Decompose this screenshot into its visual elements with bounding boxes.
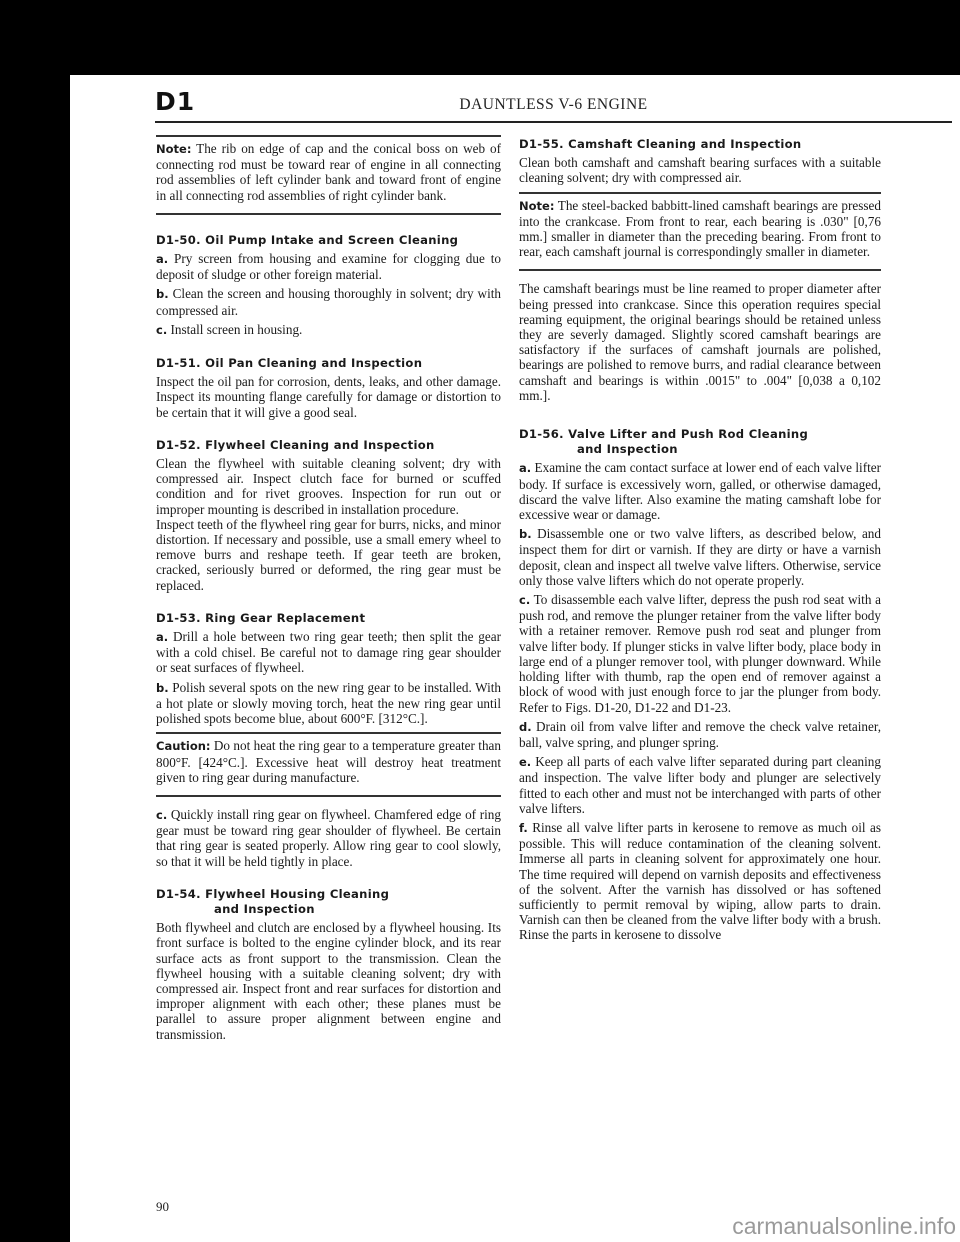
note-paragraph: Note: The steel-backed babbitt-lined cam…	[519, 198, 881, 260]
step-f: f. Rinse all valve lifter parts in keros…	[519, 820, 881, 943]
page-number: 90	[156, 1199, 169, 1215]
paragraph: Both flywheel and clutch are enclosed by…	[156, 920, 501, 1042]
step-a: a. Pry screen from housing and examine f…	[156, 251, 501, 282]
step-c: c. Quickly install ring gear on flywheel…	[156, 807, 501, 869]
section-heading: D1-50. Oil Pump Intake and Screen Cleani…	[156, 233, 501, 248]
step-c: c. Install screen in housing.	[156, 322, 501, 338]
section-heading: D1-51. Oil Pan Cleaning and Inspection	[156, 356, 501, 371]
paragraph: Inspect the oil pan for corrosion, dents…	[156, 374, 501, 420]
page-title: DAUNTLESS V-6 ENGINE	[155, 96, 952, 114]
step-d: d. Drain oil from valve lifter and remov…	[519, 719, 881, 750]
section-heading: D1-53. Ring Gear Replacement	[156, 611, 501, 626]
step-a: a. Drill a hole between two ring gear te…	[156, 629, 501, 676]
paragraph: Inspect teeth of the flywheel ring gear …	[156, 517, 501, 593]
left-column: Note: The rib on edge of cap and the con…	[156, 135, 501, 1046]
caution-paragraph: Caution: Do not heat the ring gear to a …	[156, 738, 501, 785]
paragraph: Clean both camshaft and camshaft bearing…	[519, 155, 881, 185]
section-heading: D1-52. Flywheel Cleaning and Inspection	[156, 438, 501, 453]
step-c: c. To disassemble each valve lifter, dep…	[519, 592, 881, 715]
section-heading: D1-55. Camshaft Cleaning and Inspection	[519, 137, 881, 152]
step-b: b. Clean the screen and housing thorough…	[156, 286, 501, 317]
note-box: Note: The rib on edge of cap and the con…	[156, 135, 501, 215]
step-b: b. Polish several spots on the new ring …	[156, 680, 501, 727]
watermark-link[interactable]: carmanualsonline.info	[732, 1213, 956, 1240]
right-column: D1-55. Camshaft Cleaning and Inspection …	[519, 135, 881, 947]
paragraph: The camshaft bearings must be line reame…	[519, 281, 881, 403]
manual-page: D1 DAUNTLESS V-6 ENGINE Note: The rib on…	[70, 75, 960, 1242]
section-heading: D1-56. Valve Lifter and Push Rod Cleanin…	[519, 427, 881, 457]
section-heading: D1-54. Flywheel Housing Cleaningand Insp…	[156, 887, 501, 917]
note-paragraph: Note: The rib on edge of cap and the con…	[156, 141, 501, 203]
step-a: a. Examine the cam contact surface at lo…	[519, 460, 881, 522]
paragraph: Clean the flywheel with suitable cleanin…	[156, 456, 501, 517]
step-b: b. Disassemble one or two valve lifters,…	[519, 526, 881, 588]
note-box: Note: The steel-backed babbitt-lined cam…	[519, 192, 881, 272]
step-e: e. Keep all parts of each valve lifter s…	[519, 754, 881, 816]
caution-box: Caution: Do not heat the ring gear to a …	[156, 732, 501, 797]
page-header: D1 DAUNTLESS V-6 ENGINE	[155, 85, 952, 123]
